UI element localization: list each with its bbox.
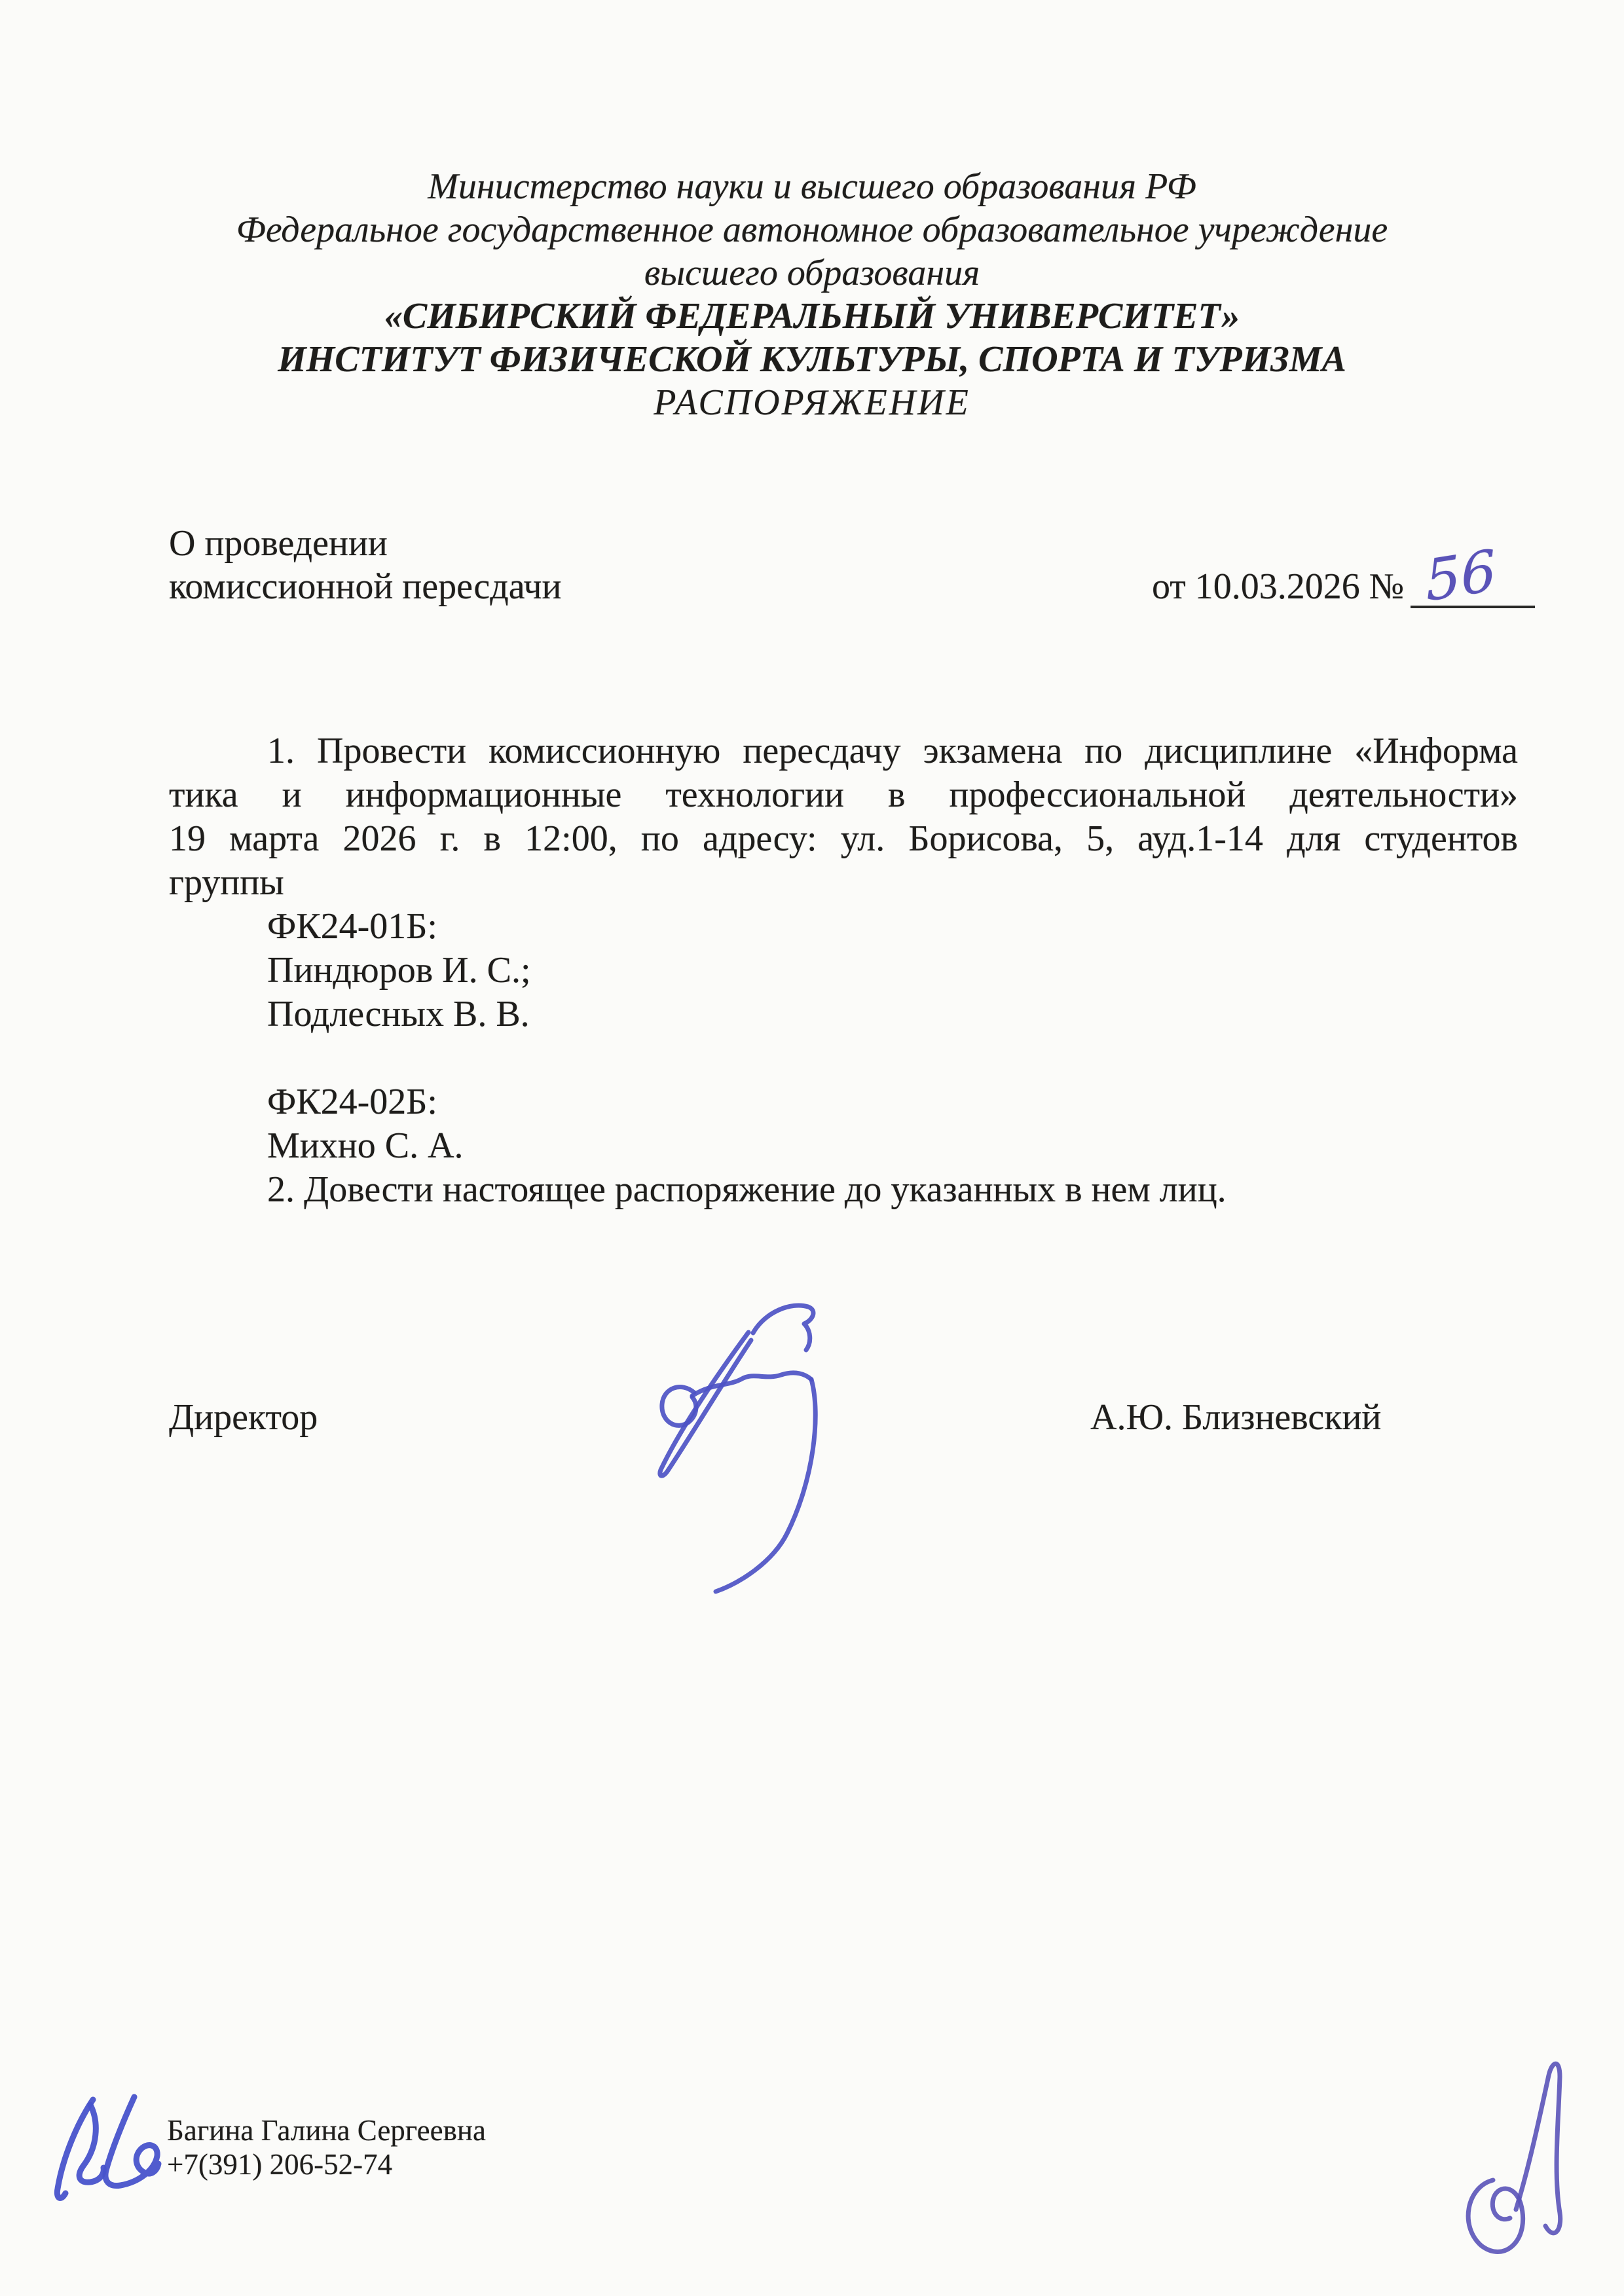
executor-block: Багина Галина Сергеевна +7(391) 206-52-7… bbox=[167, 2113, 486, 2181]
signer-position: Директор bbox=[169, 1396, 318, 1439]
corner-signature bbox=[1428, 2056, 1624, 2278]
signature-stroke bbox=[1468, 2180, 1522, 2251]
institution-line: Федеральное государственное автономное о… bbox=[0, 208, 1624, 251]
student-name: Михно С. А. bbox=[169, 1124, 1518, 1168]
education-level-line: высшего образования bbox=[0, 251, 1624, 295]
signature-stroke bbox=[753, 1305, 813, 1350]
executor-phone: +7(391) 206-52-74 bbox=[167, 2147, 486, 2181]
document-page: Министерство науки и высшего образования… bbox=[0, 0, 1624, 2296]
body-paragraph-1-line: тика и информационные технологии в профе… bbox=[169, 773, 1518, 817]
order-number-slot: 56 bbox=[1411, 566, 1535, 608]
signature-stroke bbox=[660, 1332, 751, 1476]
body-paragraph-1-line: 19 марта 2026 г. в 12:00, по адресу: ул.… bbox=[169, 817, 1518, 861]
group-2-label: ФК24-02Б: bbox=[169, 1080, 1518, 1124]
signature-stroke bbox=[716, 1379, 815, 1592]
subject-line-1: О проведении bbox=[169, 522, 561, 565]
signature-stroke bbox=[662, 1387, 696, 1426]
document-type-title: РАСПОРЯЖЕНИЕ bbox=[0, 381, 1624, 424]
group-1-label: ФК24-01Б: bbox=[169, 905, 1518, 949]
blank-line bbox=[169, 1036, 1518, 1080]
student-name: Пиндюров И. С.; bbox=[169, 949, 1518, 993]
executor-name: Багина Галина Сергеевна bbox=[167, 2113, 486, 2147]
subject-line-2: комиссионной пересдачи bbox=[169, 565, 561, 608]
letterhead: Министерство науки и высшего образования… bbox=[0, 165, 1624, 424]
handwritten-order-number: 56 bbox=[1424, 542, 1498, 610]
executor-signature bbox=[20, 2088, 177, 2219]
date-label: от 10.03.2026 № bbox=[1152, 566, 1404, 607]
subject-block: О проведении комиссионной пересдачи bbox=[169, 522, 561, 608]
signer-name: А.Ю. Близневский bbox=[1090, 1396, 1381, 1439]
order-body: 1. Провести комиссионную пересдачу экзам… bbox=[169, 729, 1518, 1212]
body-paragraph-1-line: группы bbox=[169, 861, 1518, 905]
body-paragraph-2: 2. Довести настоящее распоряжение до ука… bbox=[169, 1168, 1518, 1212]
date-number-line: от 10.03.2026 №56 bbox=[1152, 565, 1535, 608]
signature-stroke bbox=[105, 2097, 158, 2186]
institute-name: ИНСТИТУТ ФИЗИЧЕСКОЙ КУЛЬТУРЫ, СПОРТА И Т… bbox=[0, 338, 1624, 381]
student-name: Подлесных В. В. bbox=[169, 993, 1518, 1036]
body-paragraph-1-line: 1. Провести комиссионную пересдачу экзам… bbox=[169, 729, 1518, 773]
ministry-line: Министерство науки и высшего образования… bbox=[0, 165, 1624, 208]
university-name: «СИБИРСКИЙ ФЕДЕРАЛЬНЫЙ УНИВЕРСИТЕТ» bbox=[0, 295, 1624, 338]
director-signature bbox=[648, 1293, 838, 1607]
